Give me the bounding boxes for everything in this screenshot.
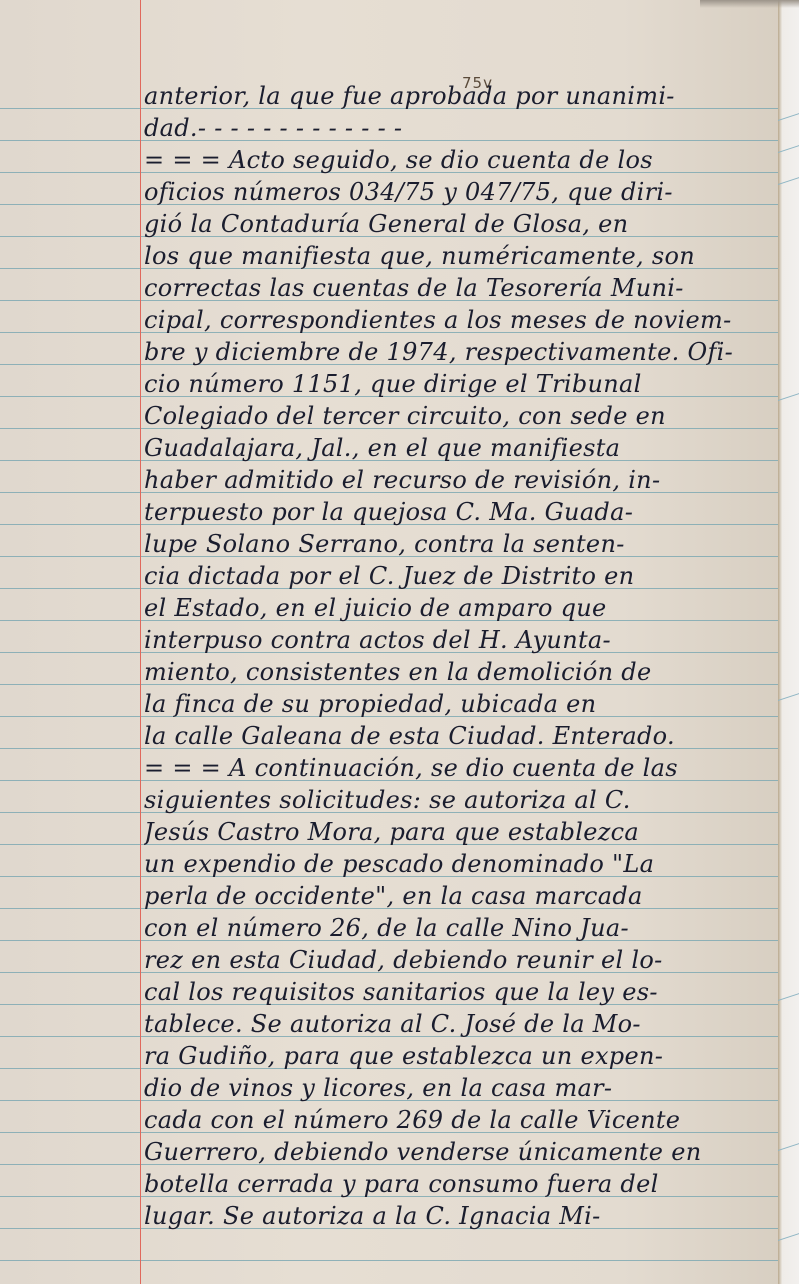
text-line: lugar. Se autoriza a la C. Ignacia Mi- [144,1202,772,1230]
text-line: gió la Contaduría General de Glosa, en [144,210,772,238]
text-line: = = = A continuación, se dio cuenta de l… [144,754,772,782]
text-line: los que manifiesta que, numéricamente, s… [144,242,772,270]
text-line: la finca de su propiedad, ubicada en [144,690,772,718]
text-line: Guerrero, debiendo venderse únicamente e… [144,1138,772,1166]
text-line: siguientes solicitudes: se autoriza al C… [144,786,772,814]
text-line: interpuso contra actos del H. Ayunta- [144,626,772,654]
text-line: haber admitido el recurso de revisión, i… [144,466,772,494]
text-line: Colegiado del tercer circuito, con sede … [144,402,772,430]
text-line: cada con el número 269 de la calle Vicen… [144,1106,772,1134]
ledger-page: 75v anterior, la que fue aprobada por un… [0,0,778,1284]
text-line: la calle Galeana de esta Ciudad. Enterad… [144,722,772,750]
next-page-edge [778,0,799,1284]
text-line: terpuesto por la quejosa C. Ma. Guada- [144,498,772,526]
text-line: con el número 26, de la calle Nino Jua- [144,914,772,942]
binding-shadow [700,0,799,8]
text-line: dad.- - - - - - - - - - - - - [144,114,772,142]
text-line: cal los requisitos sanitarios que la ley… [144,978,772,1006]
text-line: cio número 1151, que dirige el Tribunal [144,370,772,398]
text-line: ra Gudiño, para que establezca un expen- [144,1042,772,1070]
text-line: dio de vinos y licores, en la casa mar- [144,1074,772,1102]
text-line: oficios números 034/75 y 047/75, que dir… [144,178,772,206]
text-line: Jesús Castro Mora, para que establezca [144,818,772,846]
text-line: correctas las cuentas de la Tesorería Mu… [144,274,772,302]
text-line: botella cerrada y para consumo fuera del [144,1170,772,1198]
text-line: = = = Acto seguido, se dio cuenta de los [144,146,772,174]
text-line: rez en esta Ciudad, debiendo reunir el l… [144,946,772,974]
text-line: un expendio de pescado denominado "La [144,850,772,878]
text-line: perla de occidente", en la casa marcada [144,882,772,910]
text-line: bre y diciembre de 1974, respectivamente… [144,338,772,366]
text-line: el Estado, en el juicio de amparo que [144,594,772,622]
text-line: Guadalajara, Jal., en el que manifiesta [144,434,772,462]
text-line: cia dictada por el C. Juez de Distrito e… [144,562,772,590]
text-line: miento, consistentes en la demolición de [144,658,772,686]
text-line: lupe Solano Serrano, contra la senten- [144,530,772,558]
red-margin-line [140,0,141,1284]
rule-line [0,1260,778,1261]
text-line: cipal, correspondientes a los meses de n… [144,306,772,334]
text-line: tablece. Se autoriza al C. José de la Mo… [144,1010,772,1038]
text-line: anterior, la que fue aprobada por unanim… [144,82,772,110]
